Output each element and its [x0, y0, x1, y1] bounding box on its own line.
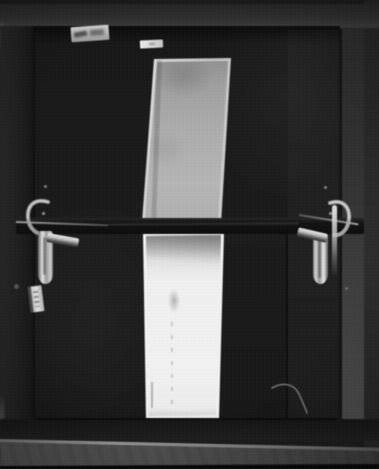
door-edge-highlight-right	[332, 205, 337, 277]
bracket-shadow-streak	[43, 237, 46, 275]
screw-dot	[345, 287, 348, 290]
frame-right-outer	[364, 0, 379, 469]
sticker-small	[140, 39, 163, 48]
screw-dot	[329, 212, 332, 215]
center-stripe-lower	[138, 230, 230, 424]
stile-dot	[14, 284, 19, 289]
door-bottom-band	[0, 419, 379, 441]
center-stripe-streak	[171, 322, 173, 408]
center-stripe-lower-gradient-band	[138, 232, 230, 268]
sticker-mark	[90, 29, 104, 36]
center-stripe-lower-face	[138, 230, 230, 424]
screw-dot	[324, 186, 327, 189]
bracket-shadow-streak	[318, 240, 321, 278]
screw-dot	[42, 212, 45, 215]
sticker-side	[27, 285, 44, 313]
scratch-mark	[268, 376, 318, 418]
sticker-mark	[149, 43, 155, 45]
sticker-large	[71, 25, 110, 43]
door-bottom-gap	[36, 418, 338, 420]
sticker-mark	[33, 291, 40, 307]
door-photo	[0, 0, 379, 469]
sticker-mark	[74, 31, 88, 38]
center-stripe-smudge	[166, 288, 182, 320]
center-stripe-tick	[151, 382, 153, 408]
photo-scene	[0, 0, 379, 469]
screw-dot	[44, 185, 47, 188]
